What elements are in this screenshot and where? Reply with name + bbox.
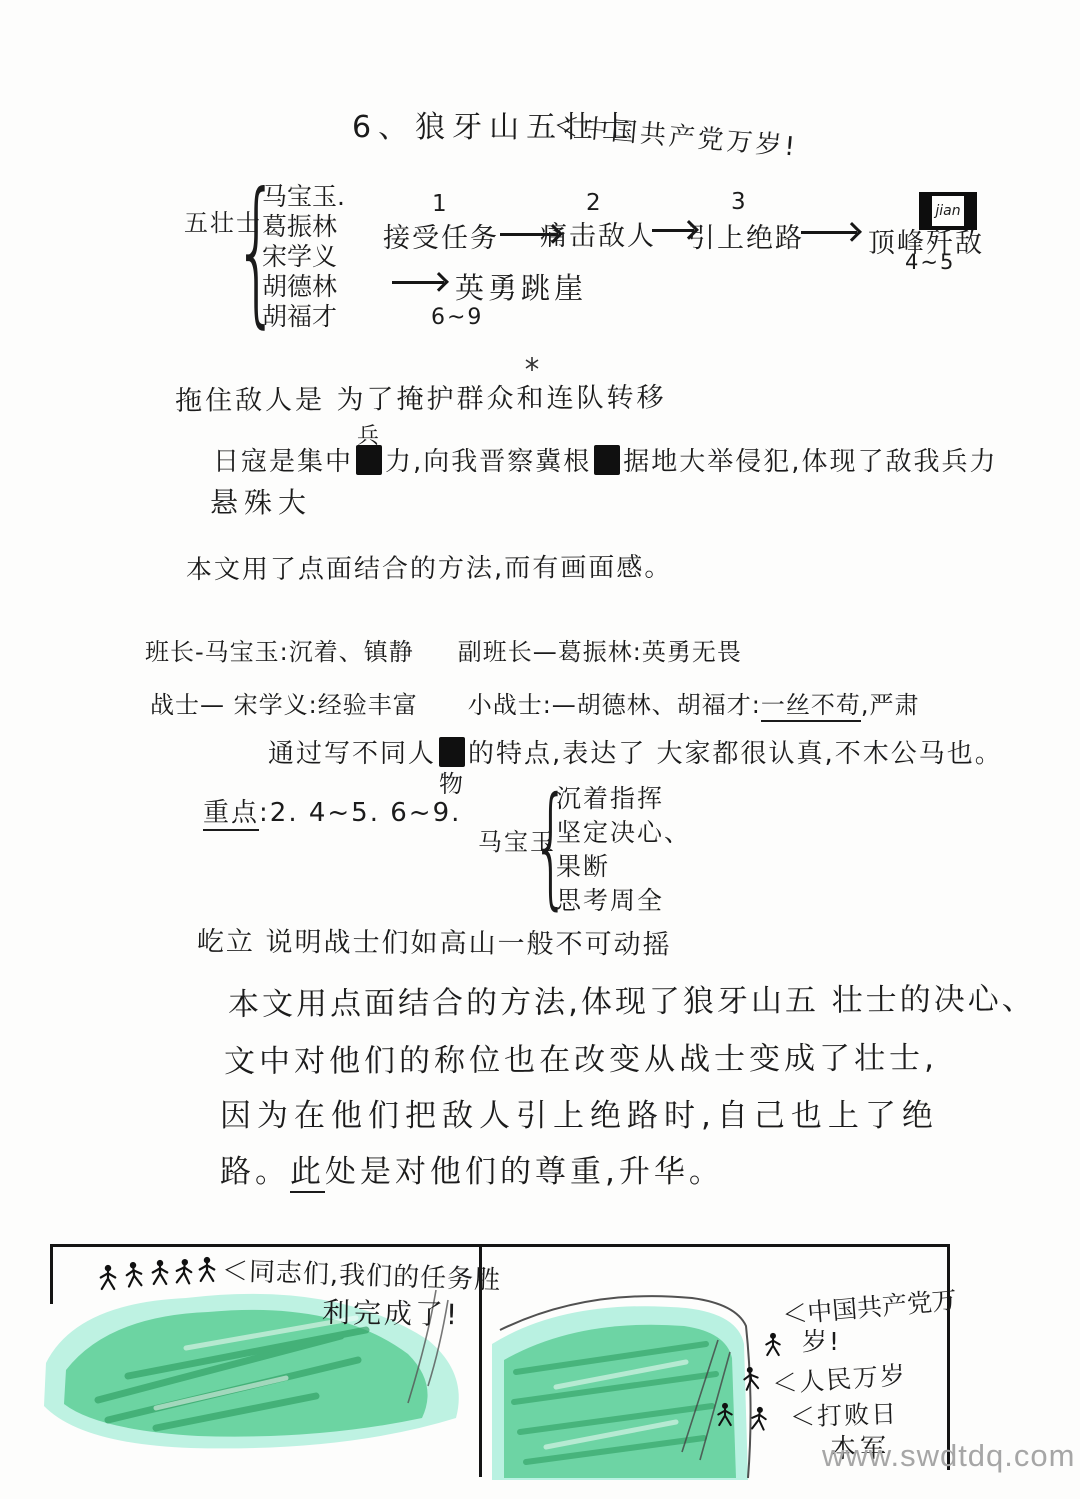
hero-name: 葛振林 — [262, 212, 345, 242]
note-segment: 小战士:—胡德林、胡福才: — [468, 691, 761, 719]
flow-step5-range: 6~9 — [431, 305, 483, 330]
redaction-bar — [964, 192, 977, 230]
underlined-phrase: 重点 — [203, 798, 259, 831]
speech-text: 利完成了! — [322, 1291, 461, 1333]
panel-top-border — [50, 1244, 950, 1247]
note-line: 悬殊大 — [210, 481, 312, 521]
stick-figure-icon — [716, 1402, 734, 1427]
correction-char: 兵 — [357, 419, 381, 450]
trait: 沉着指挥 — [556, 782, 691, 816]
correction-box-jian: jian — [919, 192, 977, 230]
summary-line: 路。此处是对他们的尊重,升华。 — [220, 1146, 724, 1191]
hero-name: 胡福才 — [262, 302, 345, 332]
flow-step3-number: 3 — [731, 189, 748, 215]
flow-step2-number: 2 — [586, 190, 603, 216]
stick-figure-icon — [764, 1332, 782, 1357]
note-segment: 据地大举侵犯,体现了敌我兵力 — [623, 447, 997, 477]
redaction-with-fix: 物 — [436, 737, 468, 769]
stick-figure-icon — [98, 1264, 118, 1291]
trait: 果断 — [556, 850, 691, 884]
notebook-page: 6、狼牙山五壮士 ＜中国共产党万岁! 五壮士 { 马宝玉. 葛振林 宋学义 胡德… — [0, 0, 1080, 1499]
redaction-box — [439, 737, 465, 767]
note-segment: 班长-马宝玉:沉着、镇静 — [145, 638, 414, 666]
mountain-drawing-right — [486, 1282, 782, 1482]
note-line: 屹立 说明战士们如高山一般不可动摇 — [197, 919, 672, 961]
note-line: 日寇是集中兵力,向我晋察冀根据地大举侵犯,体现了敌我兵力 — [213, 441, 998, 478]
speech-text: 岁! — [802, 1322, 841, 1358]
hero-name: 宋学义 — [262, 242, 345, 272]
note-segment: :2. 4~5. 6~9. — [259, 798, 461, 828]
note-segment: 力,向我晋察冀根 — [385, 447, 591, 477]
note-line: 战士— 宋学义:经验丰富小战士:—胡德林、胡福才:一丝不苟,严肃 — [150, 685, 920, 720]
panel-right-border — [947, 1244, 950, 1470]
hero-name: 胡德林 — [262, 272, 345, 302]
flow-step3-label: 引上绝路 — [688, 216, 804, 255]
pinyin-annotation: jian — [932, 192, 964, 230]
note-line: 重点:2. 4~5. 6~9. — [203, 792, 461, 829]
trait: 坚定决心、 — [556, 816, 691, 850]
note-segment: 的特点,表达了 大家都很认真,不木公马也。 — [468, 739, 1003, 769]
stick-figure-icon — [123, 1260, 146, 1289]
stick-figure-icon — [197, 1256, 217, 1283]
summary-line: 文中对他们的称位也在改变从战士变成了壮士, — [224, 1032, 938, 1081]
note-line: 本文用了点面结合的方法,而有画面感。 — [186, 547, 672, 587]
note-segment: 战士— 宋学义:经验丰富 — [150, 691, 418, 719]
note-segment: 通过写不同人 — [268, 739, 436, 769]
trait: 思考周全 — [556, 884, 691, 918]
stick-figure-icon — [740, 1365, 761, 1392]
underlined-phrase: 此 — [290, 1154, 325, 1193]
underlined-phrase: 一丝不苟 — [761, 691, 861, 722]
flow-step5-label: 英勇跳崖 — [455, 266, 587, 307]
note-segment: 副班长—葛振林:英勇无畏 — [458, 638, 742, 666]
stick-figure-icon — [749, 1405, 770, 1432]
note-line: 拖住敌人是 为了掩护群众和连队转移 — [175, 375, 667, 417]
slogan-note: ＜中国共产党万岁! — [552, 105, 800, 163]
heroes-name-list: 马宝玉. 葛振林 宋学义 胡德林 胡福才 — [262, 182, 345, 332]
redaction-with-fix: 兵 — [353, 445, 385, 477]
stick-figure-icon — [150, 1259, 170, 1286]
redaction-bar — [919, 192, 932, 230]
note-line: 通过写不同人物的特点,表达了 大家都很认真,不木公马也。 — [268, 733, 1003, 770]
mabaoyu-trait-list: 沉着指挥 坚定决心、 果断 思考周全 — [556, 782, 691, 918]
flow-step1-number: 1 — [432, 191, 449, 217]
note-segment: ,严肃 — [861, 691, 920, 719]
arrow-icon — [801, 231, 857, 234]
summary-segment: 路。 — [220, 1154, 290, 1190]
note-segment: 日寇是集中 — [213, 447, 353, 477]
watermark: www.swdtdq.com — [822, 1438, 1075, 1474]
note-line: 班长-马宝玉:沉着、镇静副班长—葛振林:英勇无畏 — [145, 632, 742, 667]
stick-figure-icon — [173, 1257, 195, 1286]
flow-step4-range: 4~5 — [905, 250, 955, 274]
hero-name: 马宝玉. — [262, 182, 345, 212]
summary-line: 本文用点面结合的方法,体现了狼牙山五 壮士的决心、 — [228, 973, 1036, 1024]
summary-line: 因为在他们把敌人引上绝路时,自己也上了绝 — [220, 1090, 939, 1135]
scribble-icon — [524, 356, 540, 372]
arrow-icon — [392, 281, 444, 284]
redaction-box — [594, 445, 620, 475]
flow-step1-label: 接受任务 — [383, 216, 499, 255]
flow-step2-label: 痛击敌人 — [540, 214, 656, 253]
summary-segment: 处是对他们的尊重,升华。 — [325, 1154, 724, 1190]
